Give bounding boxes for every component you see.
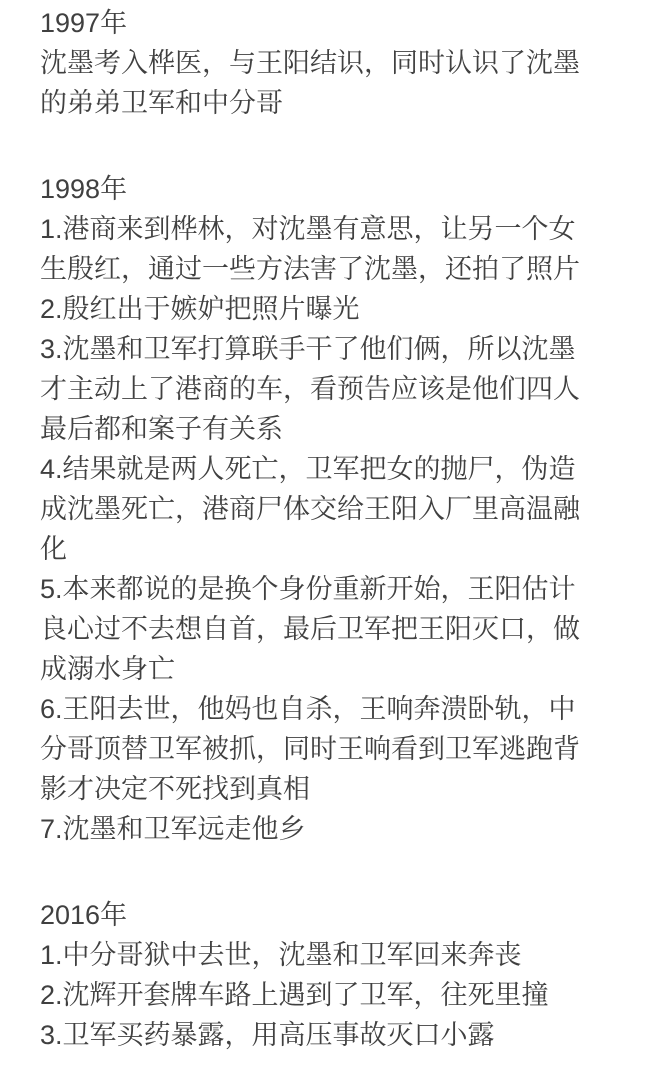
year-heading-1997: 1997年 (40, 3, 586, 43)
timeline-item: 6.王阳去世，他妈也自杀，王响奔溃卧轨，中分哥顶替卫军被抓，同时王响看到卫军逃跑… (40, 689, 586, 809)
timeline-item: 4.结果就是两人死亡，卫军把女的抛尸，伪造成沈墨死亡，港商尸体交给王阳入厂里高温… (40, 449, 586, 569)
timeline-item: 1.港商来到桦林，对沈墨有意思，让另一个女生殷红，通过一些方法害了沈墨，还拍了照… (40, 209, 586, 289)
plot-summary-note: 1997年 沈墨考入桦医，与王阳结识，同时认识了沈墨的弟弟卫军和中分哥 1998… (0, 0, 650, 1055)
timeline-item: 沈墨考入桦医，与王阳结识，同时认识了沈墨的弟弟卫军和中分哥 (40, 43, 586, 123)
timeline-section-1997: 1997年 沈墨考入桦医，与王阳结识，同时认识了沈墨的弟弟卫军和中分哥 (40, 3, 586, 123)
timeline-section-2016: 2016年 1.中分哥狱中去世，沈墨和卫军回来奔丧 2.沈辉开套牌车路上遇到了卫… (40, 895, 586, 1055)
timeline-item: 1.中分哥狱中去世，沈墨和卫军回来奔丧 (40, 935, 586, 975)
timeline-item: 7.沈墨和卫军远走他乡 (40, 809, 586, 849)
timeline-item: 3.卫军买药暴露，用高压事故灭口小露 (40, 1015, 586, 1055)
timeline-section-1998: 1998年 1.港商来到桦林，对沈墨有意思，让另一个女生殷红，通过一些方法害了沈… (40, 169, 586, 849)
timeline-item: 3.沈墨和卫军打算联手干了他们俩，所以沈墨才主动上了港商的车，看预告应该是他们四… (40, 329, 586, 449)
year-heading-1998: 1998年 (40, 169, 586, 209)
timeline-item: 2.殷红出于嫉妒把照片曝光 (40, 289, 586, 329)
year-heading-2016: 2016年 (40, 895, 586, 935)
timeline-item: 5.本来都说的是换个身份重新开始，王阳估计良心过不去想自首，最后卫军把王阳灭口，… (40, 569, 586, 689)
timeline-item: 2.沈辉开套牌车路上遇到了卫军，往死里撞 (40, 975, 586, 1015)
